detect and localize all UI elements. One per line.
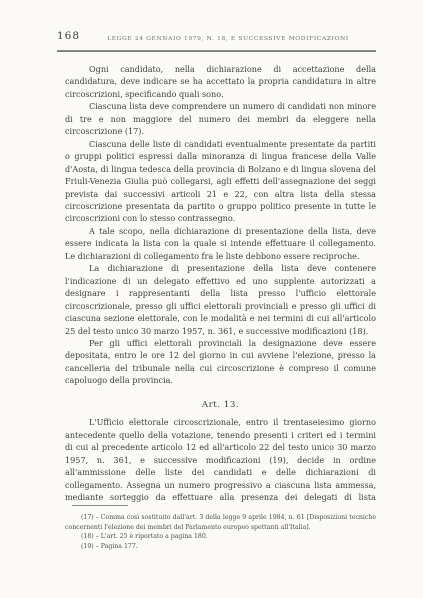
paragraph-text: Ciascuna lista deve comprendere un numer… [65, 101, 376, 136]
law-paragraph: 11. La dichiarazione di presentazione de… [65, 262, 376, 337]
book-page: 168 LEGGE 24 GENNAIO 1979, N. 18, E SUCC… [0, 0, 423, 598]
law-paragraph: 7. Ogni candidato, nella dichiarazione d… [65, 63, 376, 100]
footnote-text: Comma così sostituito dall'art. 3 della … [65, 514, 376, 531]
running-head-title: LEGGE 24 GENNAIO 1979, N. 18, E SUCCESSI… [80, 36, 376, 42]
paragraph-text: Ciascuna delle liste di candidati eventu… [65, 139, 376, 224]
footnote-rule [72, 505, 128, 506]
footnote-label: (17) [81, 514, 94, 521]
footnote-label: (19) [81, 543, 94, 550]
footnote-text: L'art. 25 è riportato a pagina 180. [101, 533, 208, 540]
footnote-separator: – [94, 533, 101, 540]
article-heading: Art. 13. [65, 399, 376, 411]
footnote-text: Pagina 177. [101, 543, 138, 550]
law-paragraph: 12. Per gli uffici elettorali provincial… [65, 337, 376, 387]
law-paragraph: 8. Ciascuna lista deve comprendere un nu… [65, 100, 376, 137]
footnotes-block: (17)–Comma così sostituito dall'art. 3 d… [65, 505, 376, 552]
law-paragraph: 9. Ciascuna delle liste di candidati eve… [65, 138, 376, 225]
footnote-separator: – [94, 543, 101, 550]
paragraph-text: Per gli uffici elettorali provinciali la… [65, 338, 376, 385]
footnote-separator: – [94, 514, 101, 521]
paragraph-text: Ogni candidato, nella dichiarazione di a… [65, 64, 376, 99]
paragraph-text: A tale scopo, nella dichiarazione di pre… [65, 226, 376, 261]
footnote-label: (18) [81, 533, 94, 540]
paragraph-text: La dichiarazione di presentazione della … [65, 263, 376, 335]
header-rule [57, 50, 376, 52]
page-number: 168 [57, 30, 80, 42]
paragraph-text: L'Ufficio elettorale circoscrizionale, e… [65, 417, 376, 508]
law-paragraph: 1. L'Ufficio elettorale circoscrizionale… [65, 416, 376, 508]
footnote: (18)–L'art. 25 è riportato a pagina 180. [65, 532, 376, 542]
footnote: (17)–Comma così sostituito dall'art. 3 d… [65, 513, 376, 532]
footnote: (19)–Pagina 177. [65, 542, 376, 552]
law-paragraph: 10. A tale scopo, nella dichiarazione di… [65, 225, 376, 262]
law-text-block: 7. Ogni candidato, nella dichiarazione d… [65, 63, 376, 508]
